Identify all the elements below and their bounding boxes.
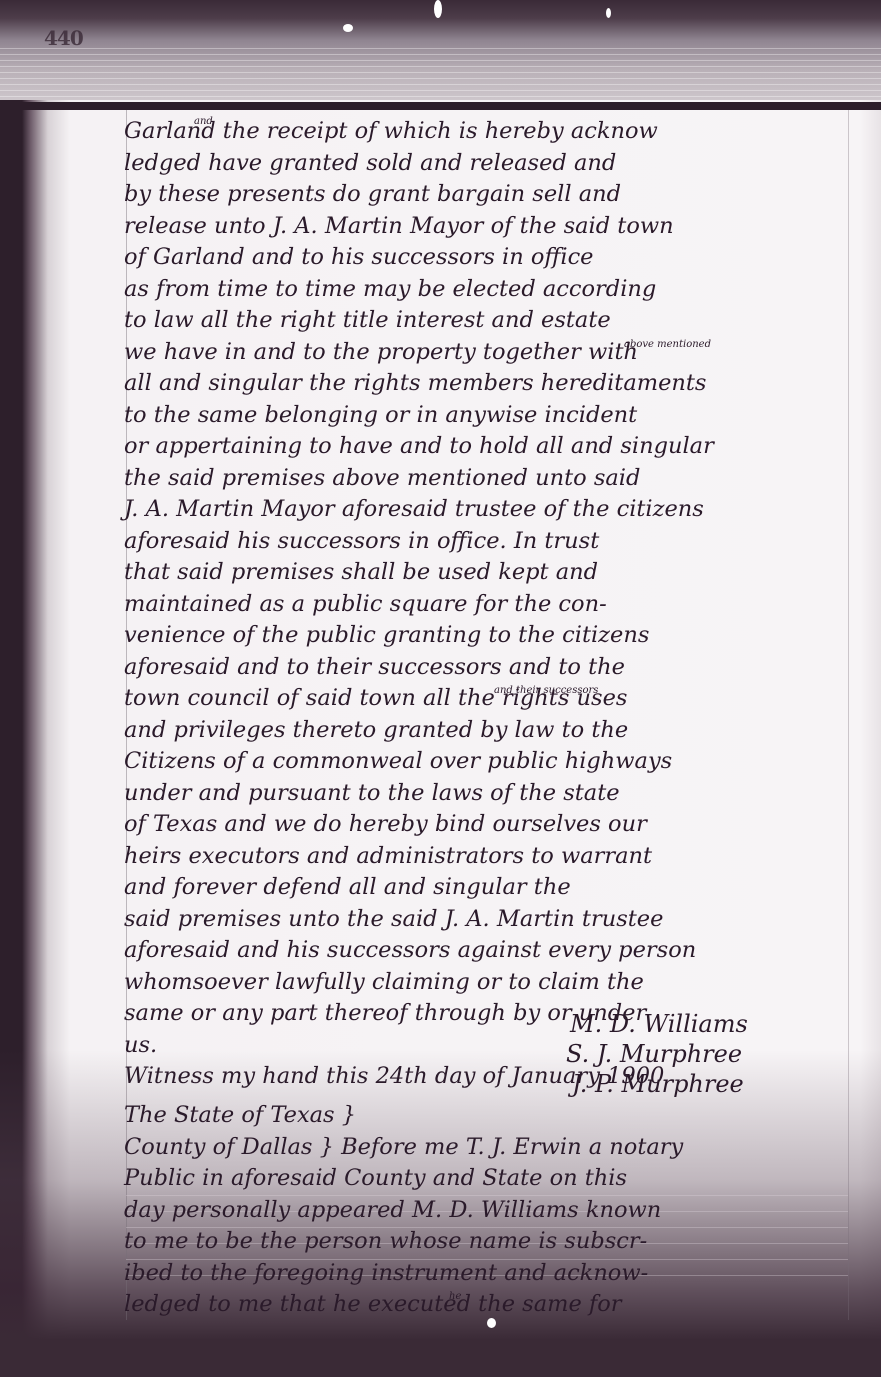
text-line: to the same belonging or in anywise inci…: [124, 400, 844, 432]
text-line: by these presents do grant bargain sell …: [124, 179, 844, 211]
top-rule: [20, 102, 881, 110]
text-line: aforesaid his successors in office. In t…: [124, 526, 844, 558]
deed-body: Garland the receipt of which is hereby a…: [124, 116, 844, 1093]
signature-block: M. D. Williams S. J. Murphree J. P. Murp…: [560, 1010, 840, 1100]
signature: J. P. Murphree: [560, 1070, 840, 1100]
text-line: all and singular the rights members here…: [124, 368, 844, 400]
scanned-page: 440 Garland the receipt of which is here…: [0, 0, 881, 1377]
text-line: release unto J. A. Martin Mayor of the s…: [124, 211, 844, 243]
text-line: J. A. Martin Mayor aforesaid trustee of …: [124, 494, 844, 526]
text-line: ledged to me that he executed the same f…: [124, 1289, 844, 1321]
text-line: of Texas and we do hereby bind ourselves…: [124, 809, 844, 841]
line-text: we have in and to the property together …: [124, 339, 638, 365]
text-line: of Garland and to his successors in offi…: [124, 242, 844, 274]
text-line: The State of Texas }: [124, 1100, 844, 1132]
line-text: ledged to me that he executed the same f…: [124, 1291, 622, 1317]
text-line: or appertaining to have and to hold all …: [124, 431, 844, 463]
text-line: under and pursuant to the laws of the st…: [124, 778, 844, 810]
text-line: and privileges thereto granted by law to…: [124, 715, 844, 747]
text-line: and forever defend all and singular the: [124, 872, 844, 904]
interlinear-note: and: [194, 106, 213, 138]
interlinear-note: above mentioned: [624, 329, 711, 361]
text-line: as from time to time may be elected acco…: [124, 274, 844, 306]
text-line: aforesaid and to their successors and to…: [124, 652, 844, 684]
interlinear-note: and their successors: [494, 675, 598, 707]
text-line: to law all the right title interest and …: [124, 305, 844, 337]
scan-artifact-lines: [0, 48, 881, 98]
signature: M. D. Williams: [560, 1010, 840, 1040]
text-line: that said premises shall be used kept an…: [124, 557, 844, 589]
text-line: ledged have granted sold and released an…: [124, 148, 844, 180]
text-line: town council of said town all the rights…: [124, 683, 844, 715]
right-margin-line: [848, 110, 849, 1320]
text-line: County of Dallas } Before me T. J. Erwin…: [124, 1132, 844, 1164]
page-number: 440: [44, 26, 83, 50]
text-line: aforesaid and his successors against eve…: [124, 935, 844, 967]
text-line: we have in and to the property together …: [124, 337, 844, 369]
text-line: Public in aforesaid County and State on …: [124, 1163, 844, 1195]
text-line: Garland the receipt of which is hereby a…: [124, 116, 844, 148]
signature: S. J. Murphree: [560, 1040, 840, 1070]
text-line: venience of the public granting to the c…: [124, 620, 844, 652]
interlinear-note: he: [449, 1281, 461, 1313]
text-line: maintained as a public square for the co…: [124, 589, 844, 621]
text-line: ibed to the foregoing instrument and ack…: [124, 1258, 844, 1290]
text-line: the said premises above mentioned unto s…: [124, 463, 844, 495]
text-line: to me to be the person whose name is sub…: [124, 1226, 844, 1258]
text-line: whomsoever lawfully claiming or to claim…: [124, 967, 844, 999]
text-line: day personally appeared M. D. Williams k…: [124, 1195, 844, 1227]
notary-acknowledgment: The State of Texas } County of Dallas } …: [124, 1100, 844, 1321]
text-line: said premises unto the said J. A. Martin…: [124, 904, 844, 936]
text-line: heirs executors and administrators to wa…: [124, 841, 844, 873]
text-line: Citizens of a commonweal over public hig…: [124, 746, 844, 778]
